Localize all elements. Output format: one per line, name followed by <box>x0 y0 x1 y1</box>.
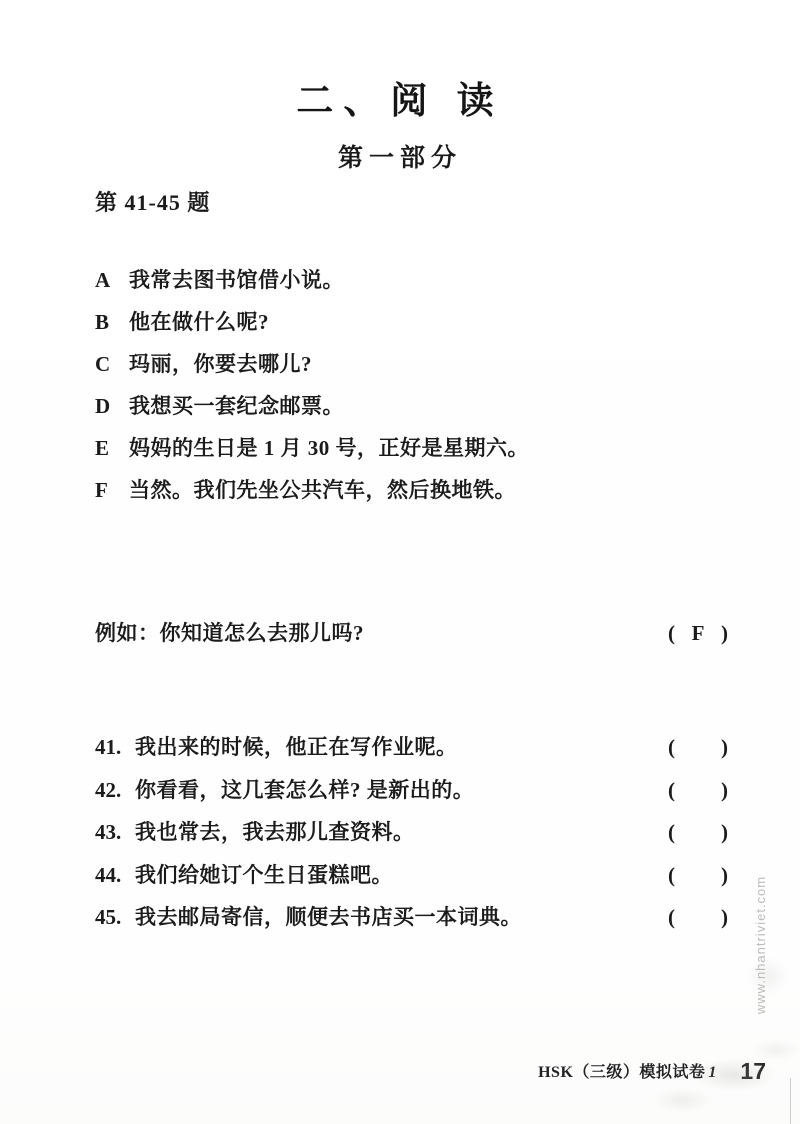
option-f: F 当然。我们先坐公共汽车，然后换地铁。 <box>95 474 730 516</box>
question-43: 43. 我也常去，我去那儿查资料。 ( ) <box>95 816 728 859</box>
question-text: 我出来的时候，他正在写作业呢。 <box>135 731 668 761</box>
section-subtitle: 第一部分 <box>0 138 800 174</box>
option-list: A 我常去图书馆借小说。 B 他在做什么呢? C 玛丽，你要去哪儿? D 我想买… <box>95 264 730 516</box>
option-letter: A <box>95 268 129 293</box>
open-paren: ( <box>668 905 675 930</box>
booklet-title: HSK（三级）模拟试卷 <box>538 1064 705 1081</box>
option-d: D 我想买一套纪念邮票。 <box>95 390 730 432</box>
example-answer-box: ( F ) <box>668 621 728 646</box>
question-44: 44. 我们给她订个生日蛋糕吧。 ( ) <box>95 859 728 902</box>
question-number: 41. <box>95 735 135 760</box>
page-footer: HSK（三级）模拟试卷117 <box>0 1058 766 1085</box>
open-paren: ( <box>668 863 675 888</box>
question-number: 42. <box>95 778 135 803</box>
close-paren: ) <box>721 863 728 888</box>
open-paren: ( <box>668 778 675 803</box>
website-watermark: www.nhantriviet.com <box>753 850 773 1040</box>
option-letter: F <box>95 478 129 503</box>
close-paren: ) <box>721 820 728 845</box>
option-text: 他在做什么呢? <box>129 306 269 336</box>
exam-page: 二、阅 读 第一部分 第 41-45 题 A 我常去图书馆借小说。 B 他在做什… <box>0 0 800 1124</box>
scan-artifact <box>790 1078 791 1124</box>
option-text: 当然。我们先坐公共汽车，然后换地铁。 <box>129 474 516 504</box>
example-sentence: 你知道怎么去那儿吗? <box>160 621 365 645</box>
option-letter: B <box>95 310 129 335</box>
answer-box: ( ) <box>668 905 728 930</box>
open-paren: ( <box>668 621 675 646</box>
example-row: 例如：你知道怎么去那儿吗? ( F ) <box>95 617 728 647</box>
close-paren: ) <box>721 778 728 803</box>
option-text: 我想买一套纪念邮票。 <box>129 390 344 420</box>
page-number: 17 <box>740 1058 766 1085</box>
question-41: 41. 我出来的时候，他正在写作业呢。 ( ) <box>95 731 728 774</box>
close-paren: ) <box>721 905 728 930</box>
example-text: 例如：你知道怎么去那儿吗? <box>95 617 668 647</box>
open-paren: ( <box>668 820 675 845</box>
answer-box: ( ) <box>668 735 728 760</box>
close-paren: ) <box>721 735 728 760</box>
question-text: 你看看，这几套怎么样? 是新出的。 <box>135 774 668 804</box>
question-text: 我也常去，我去那儿查资料。 <box>135 816 668 846</box>
option-text: 我常去图书馆借小说。 <box>129 264 344 294</box>
answer-box: ( ) <box>668 863 728 888</box>
question-number: 44. <box>95 863 135 888</box>
question-42: 42. 你看看，这几套怎么样? 是新出的。 ( ) <box>95 774 728 817</box>
option-a: A 我常去图书馆借小说。 <box>95 264 730 306</box>
answer-box: ( ) <box>668 820 728 845</box>
page-title: 二、阅 读 <box>0 70 800 124</box>
close-paren: ) <box>721 621 728 646</box>
question-number: 43. <box>95 820 135 845</box>
option-letter: D <box>95 394 129 419</box>
option-b: B 他在做什么呢? <box>95 306 730 348</box>
question-list: 41. 我出来的时候，他正在写作业呢。 ( ) 42. 你看看，这几套怎么样? … <box>95 731 728 944</box>
example-label: 例如： <box>95 621 160 645</box>
question-text: 我们给她订个生日蛋糕吧。 <box>135 859 668 889</box>
option-text: 玛丽，你要去哪儿? <box>129 348 312 378</box>
option-letter: C <box>95 352 129 377</box>
option-e: E 妈妈的生日是 1 月 30 号，正好是星期六。 <box>95 432 730 474</box>
question-text: 我去邮局寄信，顺便去书店买一本词典。 <box>135 901 668 931</box>
open-paren: ( <box>668 735 675 760</box>
question-number: 45. <box>95 905 135 930</box>
question-45: 45. 我去邮局寄信，顺便去书店买一本词典。 ( ) <box>95 901 728 944</box>
option-letter: E <box>95 436 129 461</box>
question-range-label: 第 41-45 题 <box>95 186 210 217</box>
answer-box: ( ) <box>668 778 728 803</box>
booklet-number: 1 <box>708 1064 716 1081</box>
option-text: 妈妈的生日是 1 月 30 号，正好是星期六。 <box>129 432 529 462</box>
example-answer-value: F <box>691 621 705 646</box>
option-c: C 玛丽，你要去哪儿? <box>95 348 730 390</box>
